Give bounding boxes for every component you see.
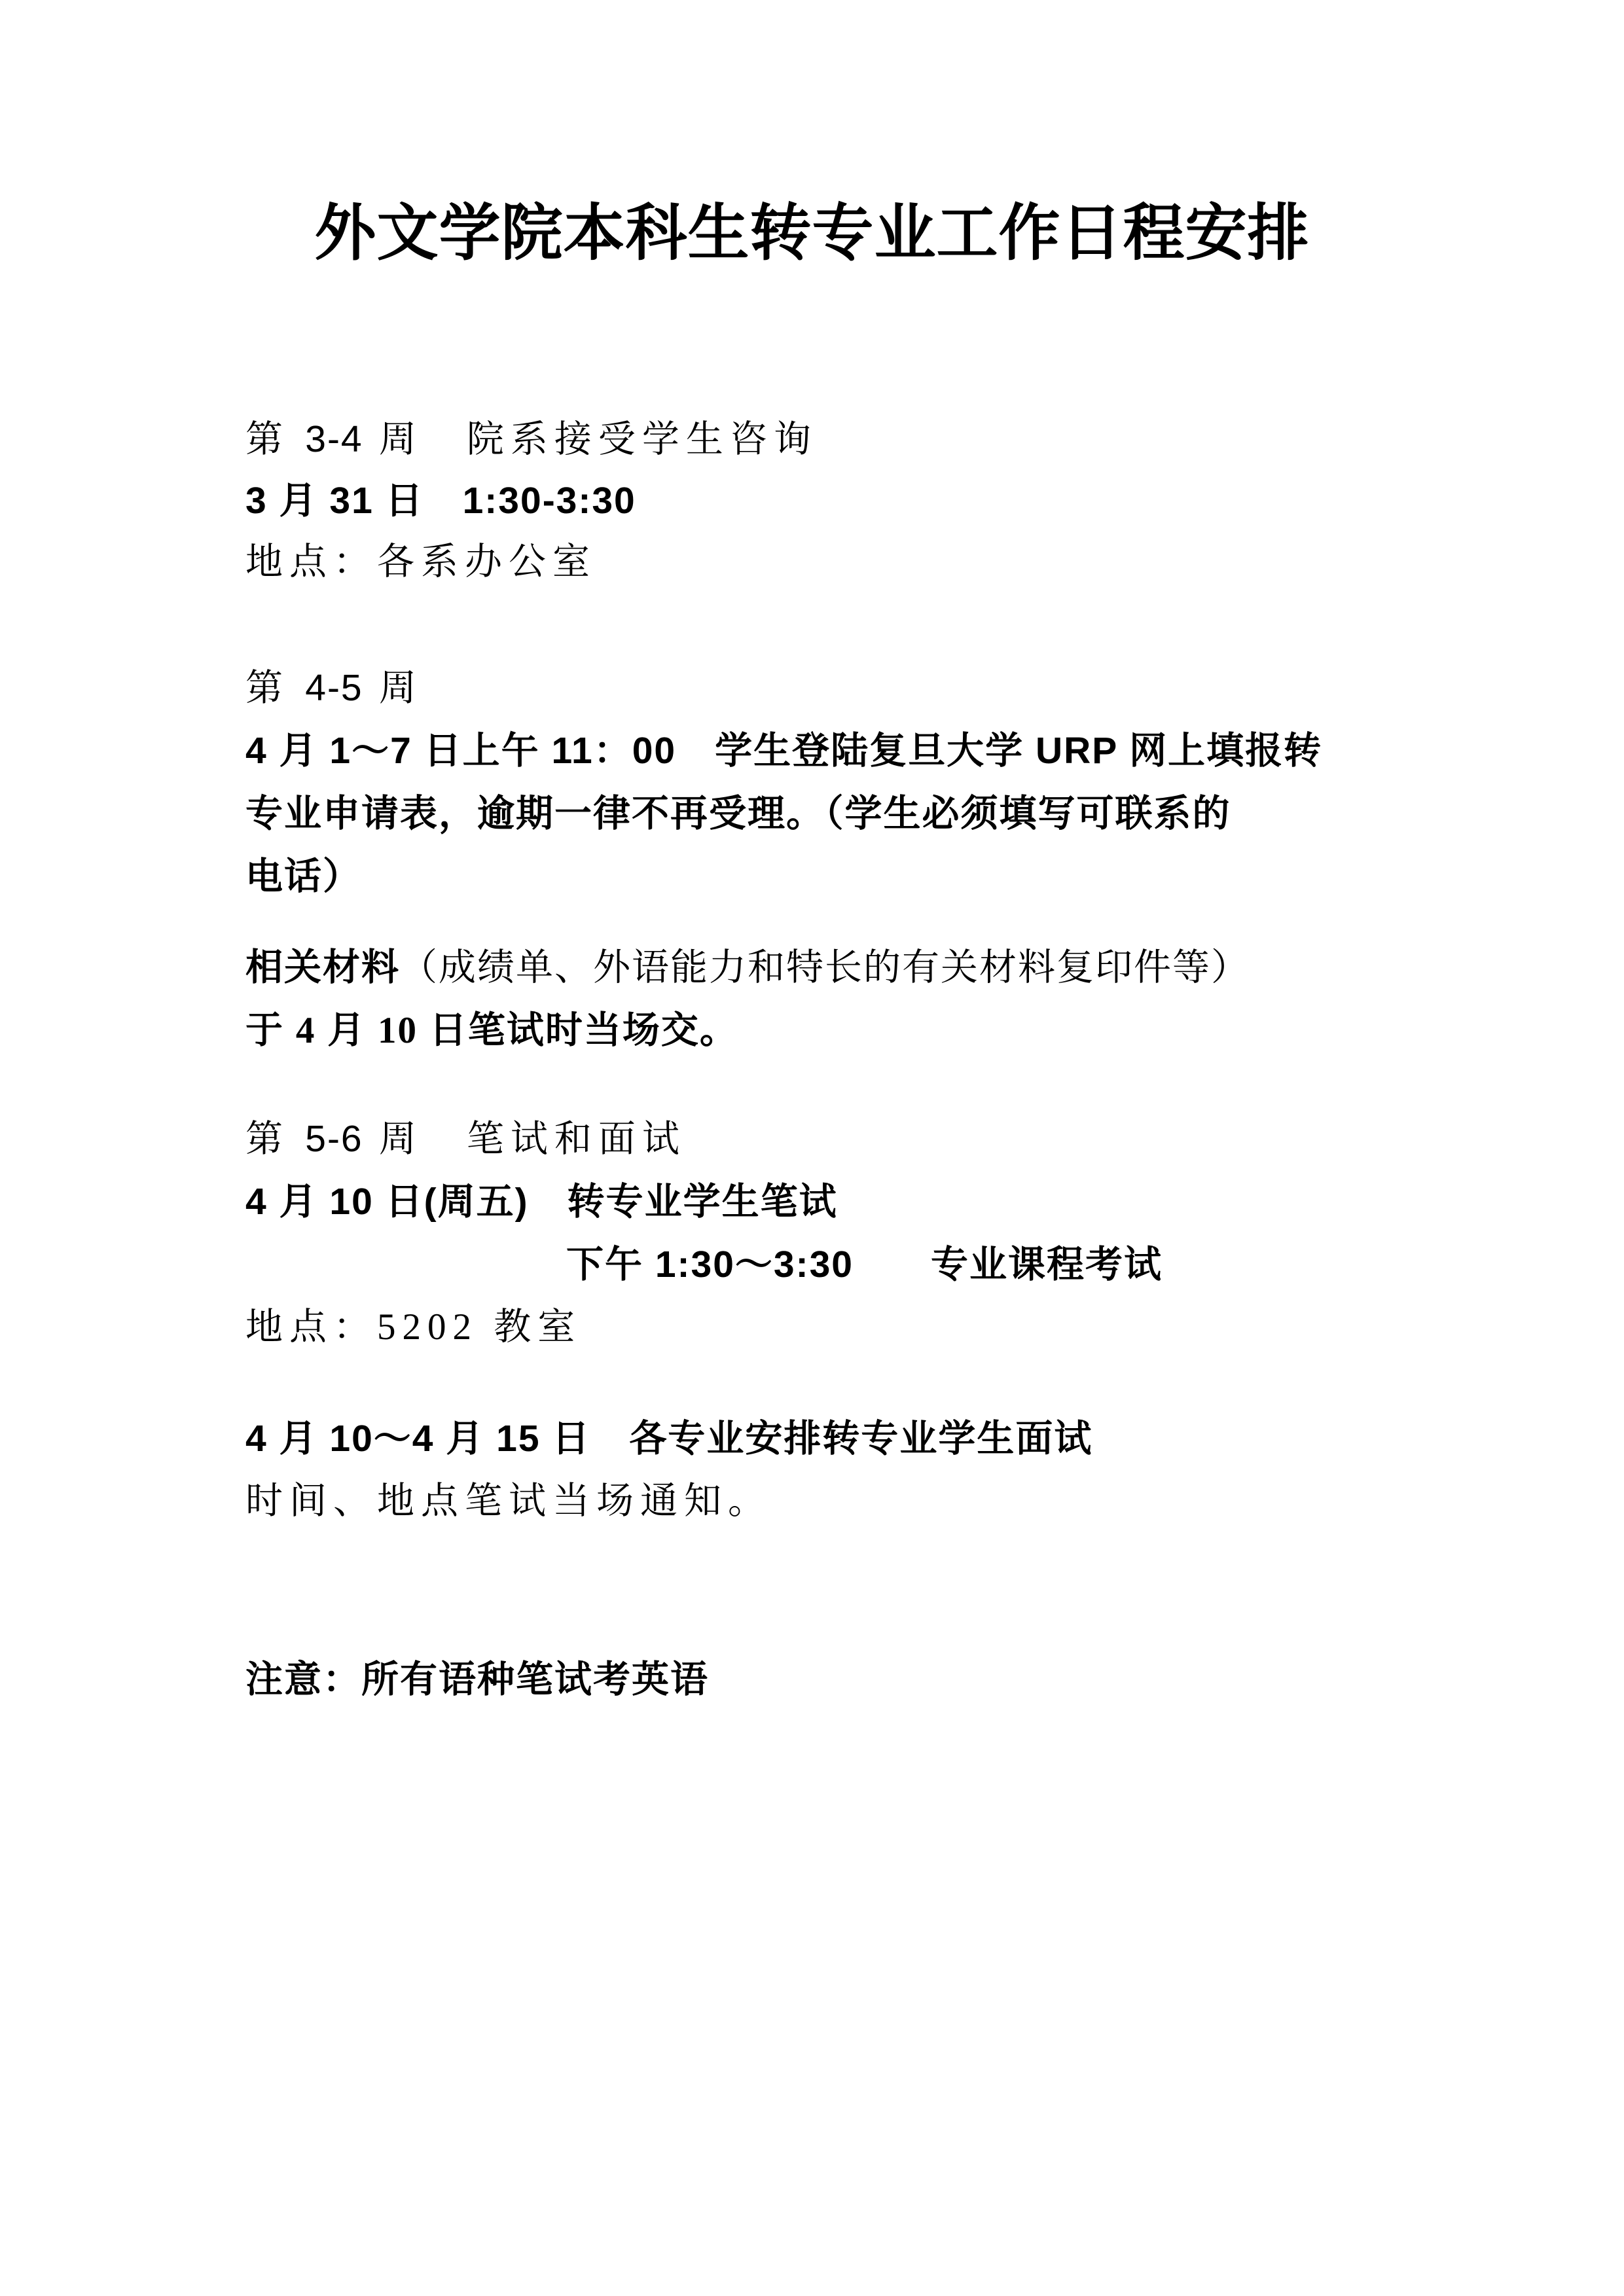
document-page: 外文学院本科生转专业工作日程安排 第 3-4 周 院系接受学生咨询 3 月 31… <box>0 0 1624 2296</box>
materials-due-line: 于 4 月 10 日笔试时当场交。 <box>245 1007 738 1054</box>
interview-notice-line: 时间、地点笔试当场通知。 <box>245 1478 772 1525</box>
week-prefix: 第 <box>245 1119 305 1160</box>
due-month-number: 4 <box>296 1010 316 1051</box>
consultation-location-line: 地点：各系办公室 <box>245 539 596 586</box>
document-title: 外文学院本科生转专业工作日程安排 <box>0 194 1624 272</box>
application-paragraph-line-3: 电话） <box>245 853 361 900</box>
week-prefix: 第 <box>245 668 305 709</box>
materials-line: 相关材料（成绩单、外语能力和特长的有关材料复印件等） <box>245 944 1250 991</box>
due-text: 于 <box>245 1009 296 1051</box>
interview-schedule-line: 4 月 10～4 月 15 日 各专业安排转专业学生面试 <box>245 1415 1092 1462</box>
application-paragraph-line-1: 4 月 1～7 日上午 11：00 学生登陆复旦大学 URP 网上填报转 <box>245 727 1322 774</box>
application-paragraph-line-2: 专业申请表，逾期一律不再受理。（学生必须填写可联系的 <box>245 790 1231 837</box>
week-range: 5-6 <box>305 1118 363 1160</box>
week-range: 4-5 <box>305 667 363 709</box>
week-4-5-heading: 第 4-5 周 <box>245 664 423 712</box>
week-5-6-heading: 第 5-6 周 笔试和面试 <box>245 1115 686 1163</box>
final-note-line: 注意：所有语种笔试考英语 <box>245 1656 709 1703</box>
exam-time-line: 下午 1:30～3:30 专业课程考试 <box>566 1241 1163 1288</box>
week-prefix: 第 <box>245 419 305 460</box>
due-text: 月 <box>316 1009 378 1051</box>
week-suffix: 周 院系接受学生咨询 <box>363 419 818 460</box>
consultation-date-line: 3 月 31 日 1:30-3:30 <box>245 477 636 524</box>
materials-label: 相关材料 <box>245 946 400 988</box>
exam-location-line: 地点：5202 教室 <box>245 1304 581 1351</box>
week-3-4-heading: 第 3-4 周 院系接受学生咨询 <box>245 416 818 463</box>
week-suffix: 周 <box>363 668 423 709</box>
week-range: 3-4 <box>305 418 363 460</box>
materials-detail: （成绩单、外语能力和特长的有关材料复印件等） <box>400 946 1250 988</box>
due-day-number: 10 <box>378 1010 418 1051</box>
due-text: 日笔试时当场交。 <box>418 1009 738 1051</box>
week-suffix: 周 笔试和面试 <box>363 1119 686 1160</box>
written-exam-line: 4 月 10 日(周五) 转专业学生笔试 <box>245 1178 838 1225</box>
